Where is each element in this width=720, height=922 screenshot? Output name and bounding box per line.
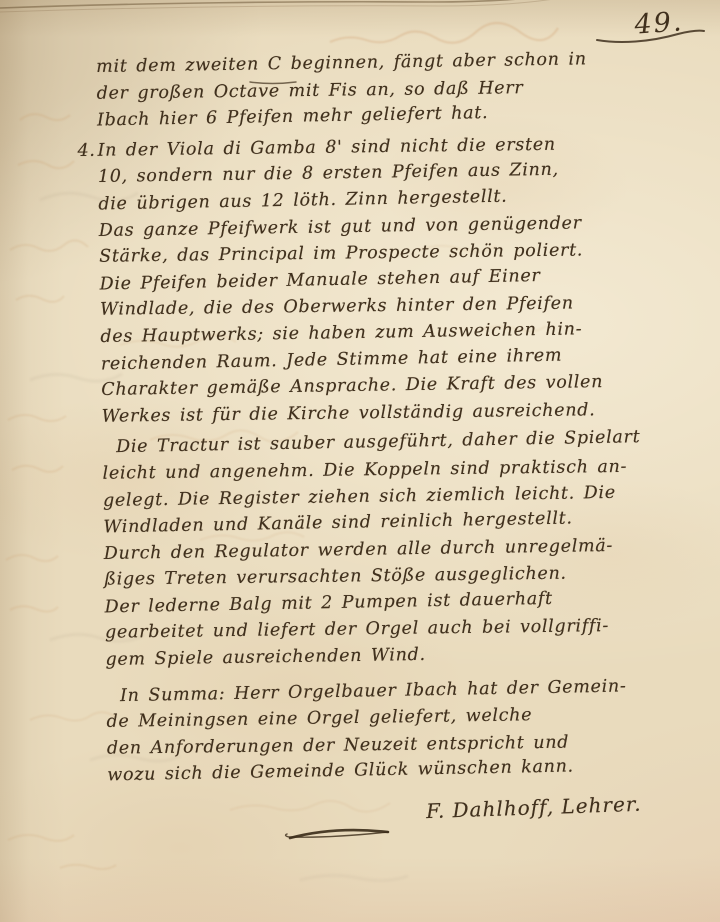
manuscript-text-block: mit dem zweiten C beginnen, fängt aber s… — [96, 45, 679, 789]
manuscript-line-text: In der Viola di Gamba 8' sind nicht die … — [97, 135, 556, 161]
manuscript-page: 49. mit dem zweiten C beginnen, fängt ab… — [0, 0, 720, 922]
page-number: 49. — [615, 5, 703, 42]
page-edge-line — [0, 0, 560, 12]
item-number-marker: 4. — [77, 138, 95, 165]
closing-flourish — [286, 830, 388, 838]
